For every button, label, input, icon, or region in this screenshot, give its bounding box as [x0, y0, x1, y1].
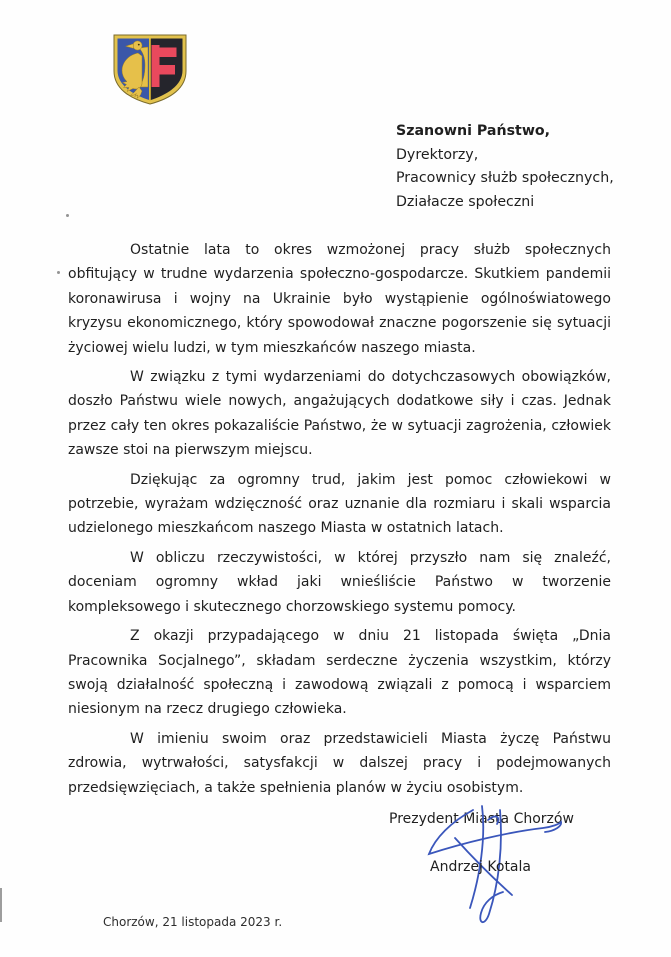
paragraph-4: W obliczu rzeczywistości, w której przys…: [68, 546, 611, 619]
scan-artifact-dot: [57, 271, 60, 274]
letter-body: Ostatnie lata to okres wzmożonej pracy s…: [68, 238, 611, 805]
salutation-line: Pracownicy służb społecznych,: [396, 167, 614, 191]
salutation-line: Dyrektorzy,: [396, 144, 614, 168]
salutation-line: Działacze społeczni: [396, 191, 614, 215]
place-and-date: Chorzów, 21 listopada 2023 r.: [103, 915, 282, 929]
salutation-line: Szanowni Państwo,: [396, 120, 614, 144]
chorzow-coat-of-arms-icon: [111, 32, 189, 106]
paragraph-6: W imieniu swoim oraz przedstawicieli Mia…: [68, 727, 611, 800]
addressee-block: Szanowni Państwo, Dyrektorzy, Pracownicy…: [396, 120, 614, 214]
scan-edge-artifact: [0, 888, 2, 922]
shield-division-line: [149, 39, 151, 101]
paragraph-2: W związku z tymi wydarzeniami do dotychc…: [68, 365, 611, 463]
letter-page: Szanowni Państwo, Dyrektorzy, Pracownicy…: [0, 0, 671, 957]
paragraph-3: Dziękując za ogromny trud, jakim jest po…: [68, 468, 611, 541]
paragraph-1: Ostatnie lata to okres wzmożonej pracy s…: [68, 238, 611, 360]
paragraph-5: Z okazji przypadającego w dniu 21 listop…: [68, 624, 611, 722]
scan-artifact-dot: [66, 214, 69, 217]
signer-name: Andrzej Kotala: [430, 859, 531, 875]
signer-title: Prezydent Miasta Chorzów: [389, 811, 574, 827]
